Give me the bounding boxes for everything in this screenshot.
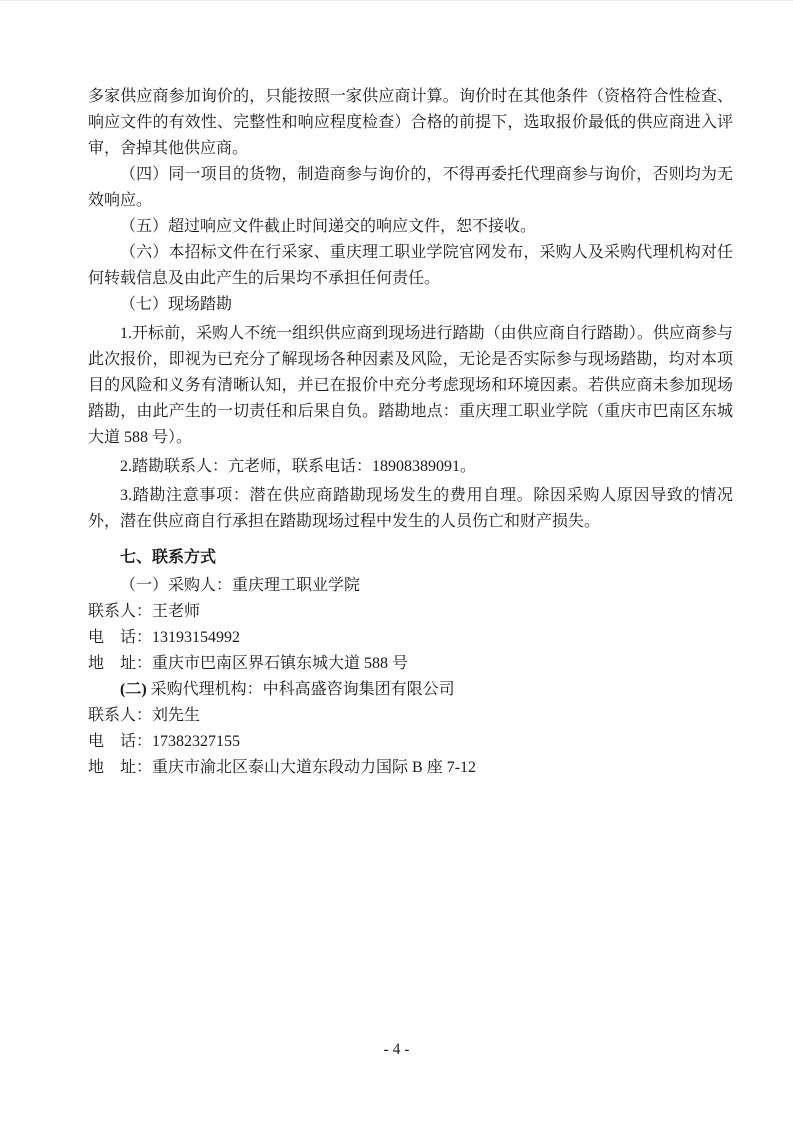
purchaser-contact-line: 联系人：王老师 (88, 599, 733, 625)
paragraph-item-6: （六）本招标文件在行采家、重庆理工职业学院官网发布，采购人及采购代理机构对任何转… (88, 240, 733, 292)
agency-number-prefix: (二) (120, 681, 147, 698)
page-number: - 4 - (0, 1037, 793, 1063)
agency-title-text: 采购代理机构：中科高盛咨询集团有限公司 (147, 681, 455, 698)
purchaser-phone-value: 13193154992 (152, 629, 240, 646)
document-page: 多家供应商参加询价的，只能按照一家供应商计算。询价时在其他条件（资格符合性检查、… (0, 0, 793, 1122)
purchaser-phone-line: 电 话：13193154992 (88, 625, 733, 651)
purchaser-title-line: （一）采购人：重庆理工职业学院 (88, 573, 733, 599)
paragraph-survey-1: 1.开标前，采购人不统一组织供应商到现场进行踏勘（由供应商自行踏勘）。供应商参与… (88, 321, 733, 451)
document-body: 多家供应商参加询价的，只能按照一家供应商计算。询价时在其他条件（资格符合性检查、… (88, 84, 733, 781)
agency-address-line: 地 址：重庆市渝北区泰山大道东段动力国际 B 座 7-12 (88, 755, 733, 781)
agency-contact-line: 联系人：刘先生 (88, 703, 733, 729)
agency-phone-value: 17382327155 (152, 733, 240, 750)
contact-section-heading: 七、联系方式 (88, 545, 733, 571)
purchaser-address-label: 地 址： (88, 655, 152, 672)
paragraph-quote-calculation: 多家供应商参加询价的，只能按照一家供应商计算。询价时在其他条件（资格符合性检查、… (88, 84, 733, 162)
agency-address-value: 重庆市渝北区泰山大道东段动力国际 B 座 7-12 (152, 759, 476, 776)
agency-phone-label: 电 话： (88, 733, 152, 750)
agency-title-line: (二) 采购代理机构：中科高盛咨询集团有限公司 (88, 677, 733, 703)
agency-phone-line: 电 话：17382327155 (88, 729, 733, 755)
purchaser-phone-label: 电 话： (88, 629, 152, 646)
paragraph-item-7-site-survey: （七）现场踏勘 (88, 292, 733, 318)
purchaser-address-value: 重庆市巴南区界石镇东城大道 588 号 (152, 655, 408, 672)
paragraph-survey-3: 3.踏勘注意事项：潜在供应商踏勘现场发生的费用自理。除因采购人原因导致的情况外，… (88, 483, 733, 535)
paragraph-item-4: （四）同一项目的货物，制造商参与询价的，不得再委托代理商参与询价，否则均为无效响… (88, 162, 733, 214)
paragraph-survey-2: 2.踏勘联系人：亢老师，联系电话：18908389091。 (88, 454, 733, 480)
purchaser-address-line: 地 址：重庆市巴南区界石镇东城大道 588 号 (88, 651, 733, 677)
agency-address-label: 地 址： (88, 759, 152, 776)
paragraph-item-5: （五）超过响应文件截止时间递交的响应文件，恕不接收。 (88, 214, 733, 240)
